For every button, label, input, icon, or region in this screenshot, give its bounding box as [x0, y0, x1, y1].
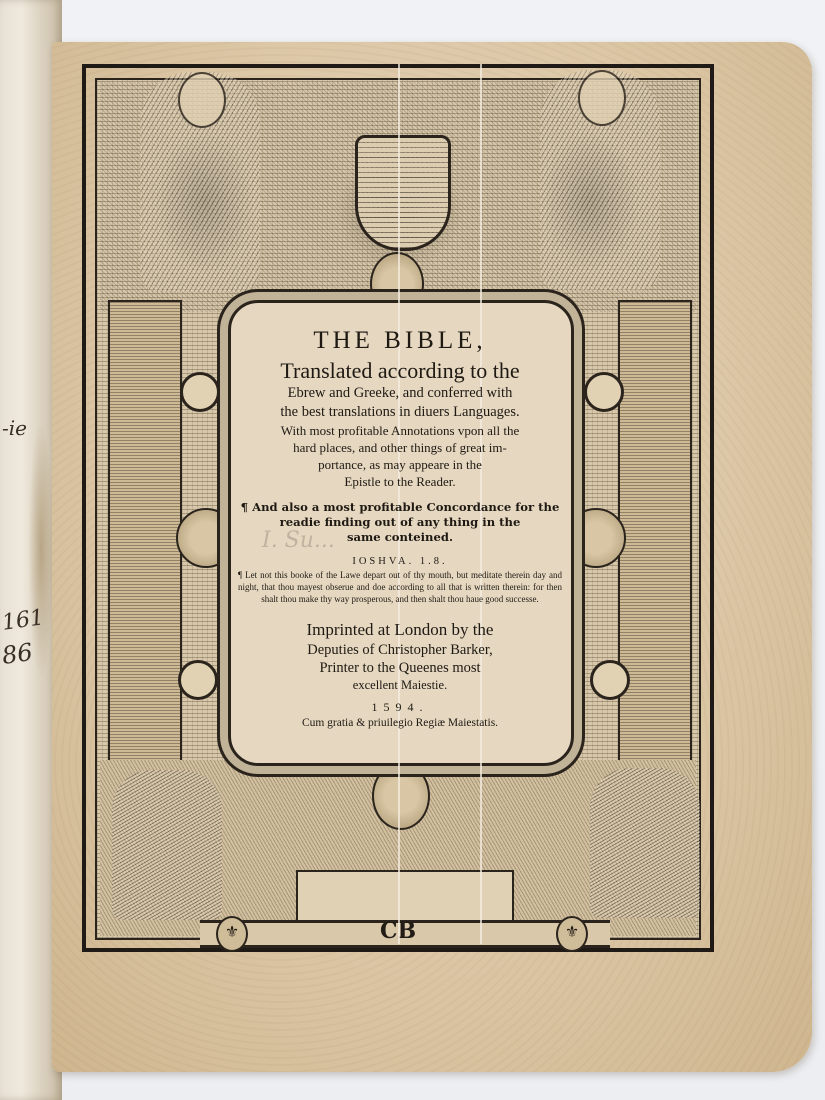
royal-coat-of-arms: [355, 135, 451, 251]
scripture-reference: IOSHVA. 1.8.: [238, 555, 562, 569]
margin-handwriting-1: -ie: [2, 416, 27, 440]
lion-woodcut: [112, 770, 222, 920]
imprint-line: Deputies of Christopher Barker,: [238, 641, 562, 659]
scripture-verse: ¶ Let not this booke of the Lawe depart …: [238, 569, 562, 605]
concordance-line: same conteined.: [238, 530, 562, 545]
subtitle-line: Ebrew and Greeke, and conferred with: [238, 384, 562, 403]
subtitle-line: the best translations in diuers Language…: [238, 403, 562, 422]
binding-stain: [28, 420, 54, 680]
grotesque-mask-right: [566, 508, 626, 568]
border-column-left: [108, 300, 182, 764]
annotation-line: hard places, and other things of great i…: [238, 439, 562, 456]
imprint-line: Imprinted at London by the: [238, 619, 562, 641]
strapwork-scroll: [584, 372, 624, 412]
annotation-line: Epistle to the Reader.: [238, 473, 562, 490]
lion-mask-bottom: [372, 762, 430, 830]
strapwork-scroll: [178, 660, 218, 700]
strapwork-scroll: [180, 372, 220, 412]
margin-handwriting-3: 86: [0, 638, 34, 670]
royal-privilege: Cum gratia & priuilegio Regiæ Maiestatis…: [238, 715, 562, 731]
fleur-de-lis-icon: ⚜: [216, 916, 248, 952]
allegorical-figure-left: [140, 72, 260, 292]
annotation-line: With most profitable Annotations vpon al…: [238, 422, 562, 439]
border-column-right: [618, 300, 692, 764]
allegorical-figure-right: [540, 70, 660, 290]
figure-head: [578, 70, 626, 126]
imprint-line: excellent Maiestie.: [238, 677, 562, 693]
title-text-block: THE BIBLE, Translated according to the E…: [238, 326, 562, 731]
concordance-line: readie finding out of any thing in the: [238, 515, 562, 530]
dragon-woodcut: [590, 768, 700, 918]
fleur-de-lis-icon: ⚜: [556, 916, 588, 952]
strapwork-scroll: [590, 660, 630, 700]
subtitle-line: Translated according to the: [238, 358, 562, 384]
annotation-line: portance, as may appeare in the: [238, 456, 562, 473]
figure-head: [178, 72, 226, 128]
concordance-line: ¶ And also a most profitable Concordance…: [238, 500, 562, 515]
imprint-line: Printer to the Queenes most: [238, 659, 562, 677]
publication-year: 1594.: [238, 699, 562, 715]
grotesque-mask-left: [176, 508, 236, 568]
book-title: THE BIBLE,: [238, 326, 562, 356]
